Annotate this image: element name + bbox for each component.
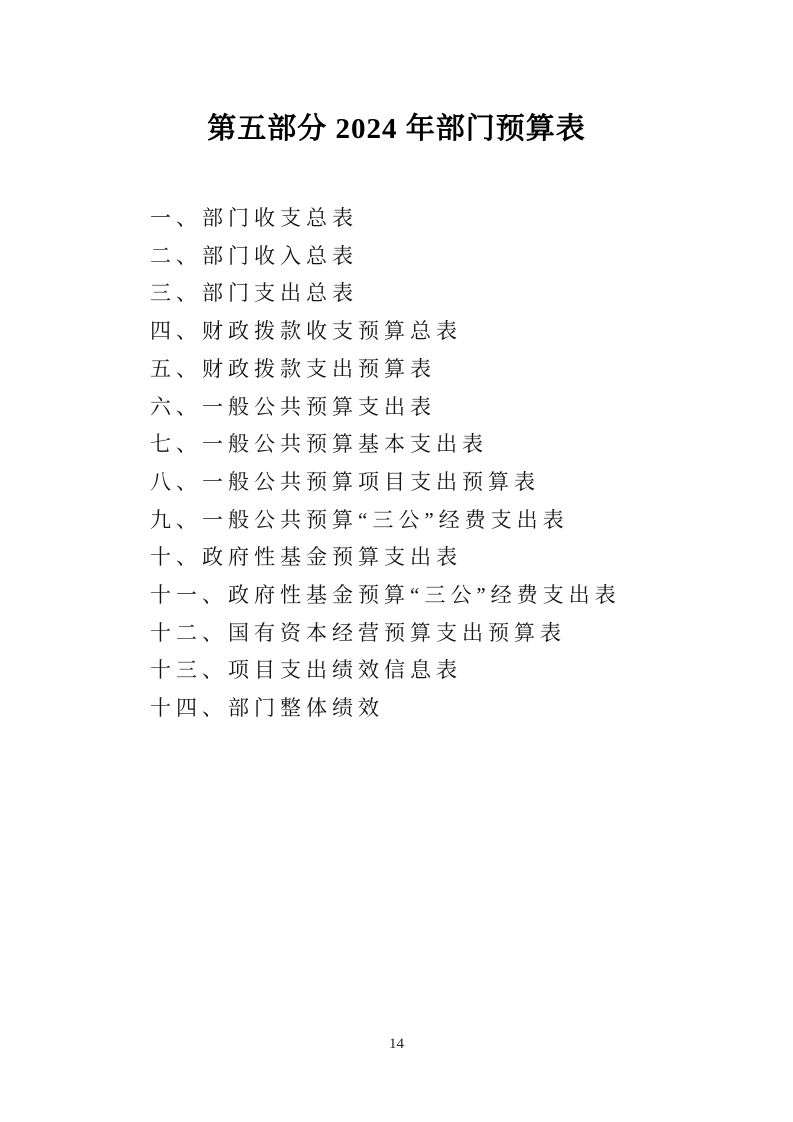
list-item: 三、部门支出总表 [150,275,733,313]
list-item: 六、一般公共预算支出表 [150,389,733,427]
list-item: 十一、政府性基金预算“三公”经费支出表 [150,577,733,615]
budget-table-list: 一、部门收支总表二、部门收入总表三、部门支出总表四、财政拨款收支预算总表五、财政… [0,200,793,728]
list-item: 一、部门收支总表 [150,200,733,238]
document-page: 第五部分 2024 年部门预算表 一、部门收支总表二、部门收入总表三、部门支出总… [0,0,793,1122]
list-item: 四、财政拨款收支预算总表 [150,313,733,351]
list-item: 十三、项目支出绩效信息表 [150,652,733,690]
page-title: 第五部分 2024 年部门预算表 [0,106,793,152]
list-item: 八、一般公共预算项目支出预算表 [150,464,733,502]
list-item: 十四、部门整体绩效 [150,690,733,728]
page-number: 14 [0,1036,793,1053]
list-item: 二、部门收入总表 [150,238,733,276]
list-item: 十二、国有资本经营预算支出预算表 [150,615,733,653]
list-item: 十、政府性基金预算支出表 [150,539,733,577]
list-item: 九、一般公共预算“三公”经费支出表 [150,502,733,540]
list-item: 七、一般公共预算基本支出表 [150,426,733,464]
list-item: 五、财政拨款支出预算表 [150,351,733,389]
